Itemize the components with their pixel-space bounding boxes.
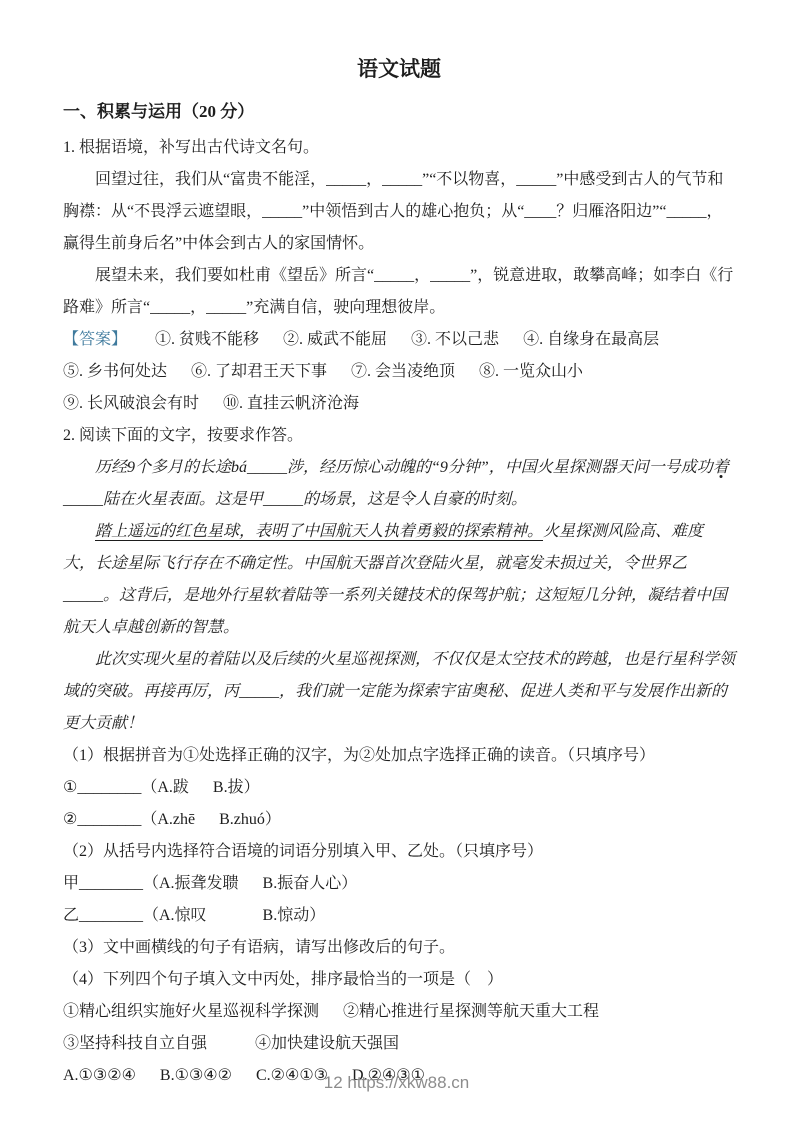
- q2-passage-paragraph-3: 此次实现火星的着陆以及后续的火星巡视探测，不仅仅是太空技术的跨越，也是行星科学领…: [63, 644, 735, 740]
- q2-sub1-blank-2: ②________（A.zhē B.zhuó）: [63, 804, 735, 836]
- q2-sub1-blank-1: ①________（A.跋 B.拔）: [63, 772, 735, 804]
- q2-sub2-blank-yi: 乙________（A.惊叹 B.惊动）: [63, 900, 735, 932]
- q2-sub3-stem: （3）文中画横线的句子有语病，请写出修改后的句子。: [63, 932, 735, 964]
- answer-item: ⑤. 乡书何处达: [63, 356, 167, 388]
- dotted-char: 着: [713, 459, 729, 476]
- answer-item: ⑧. 一览众山小: [479, 356, 583, 388]
- answer-item: ③. 不以己悲: [411, 324, 499, 356]
- q2-sub4-options-line-2: ③坚持科技自立自强 ④加快建设航天强国: [63, 1028, 735, 1060]
- answer-item: ⑦. 会当凌绝顶: [351, 356, 455, 388]
- q1-answer-block: 【答案】①. 贫贱不能移②. 威武不能屈③. 不以己悲④. 自缘身在最高层⑤. …: [63, 324, 735, 420]
- answer-item: ⑨. 长风破浪会有时: [63, 388, 199, 420]
- answer-item: ①. 贫贱不能移: [155, 324, 259, 356]
- underlined-sentence: 踏上遥远的红色星球，表明了中国航天人执着勇毅的探索精神。: [95, 523, 543, 540]
- q2-passage-paragraph-2: 踏上遥远的红色星球，表明了中国航天人执着勇毅的探索精神。火星探测风险高、难度大，…: [63, 516, 735, 644]
- q2-passage-paragraph-1: 历经9个多月的长途bá_____涉，经历惊心动魄的“9分钟”，中国火星探测器天问…: [63, 452, 735, 516]
- answer-item: ⑩. 直挂云帆济沧海: [223, 388, 359, 420]
- q2-sub1-stem: （1）根据拼音为①处选择正确的汉字，为②处加点字选择正确的读音。（只填序号）: [63, 740, 735, 772]
- q2-sub4-stem: （4）下列四个句子填入文中丙处，排序最恰当的一项是（ ）: [63, 964, 735, 996]
- q2-sub2-stem: （2）从括号内选择符合语境的词语分别填入甲、乙处。（只填序号）: [63, 836, 735, 868]
- q1-paragraph-2: 展望未来，我们要如杜甫《望岳》所言“_____，_____”，锐意进取，敢攀高峰…: [63, 260, 735, 324]
- page-title: 语文试题: [63, 54, 735, 84]
- answer-item: ②. 威武不能屈: [283, 324, 387, 356]
- answer-items: ①. 贫贱不能移②. 威武不能屈③. 不以己悲④. 自缘身在最高层⑤. 乡书何处…: [63, 331, 683, 412]
- q2-stem: 2. 阅读下面的文字，按要求作答。: [63, 420, 735, 452]
- exam-page: 语文试题 一、积累与运用（20 分） 1. 根据语境，补写出古代诗文名句。 回望…: [0, 0, 793, 1122]
- q2-sub2-blank-jia: 甲________（A.振聋发聩 B.振奋人心）: [63, 868, 735, 900]
- q1-paragraph-1: 回望过往，我们从“富贵不能淫，_____，_____”“不以物喜，_____”中…: [63, 164, 735, 260]
- section-heading: 一、积累与运用（20 分）: [63, 96, 735, 128]
- passage-text: _____陆在火星表面。这是甲_____的场景，这是令人自豪的时刻。: [63, 491, 527, 508]
- page-footer: 12 https://xkw88.cn: [0, 1072, 793, 1094]
- passage-text: 历经9个多月的长途bá_____涉，经历惊心动魄的“9分钟”，中国火星探测器天问…: [95, 459, 713, 476]
- answer-item: ⑥. 了却君王天下事: [191, 356, 327, 388]
- answer-item: ④. 自缘身在最高层: [523, 324, 659, 356]
- q1-stem: 1. 根据语境，补写出古代诗文名句。: [63, 132, 735, 164]
- q2-sub4-options-line-1: ①精心组织实施好火星巡视科学探测 ②精心推进行星探测等航天重大工程: [63, 996, 735, 1028]
- answer-label: 【答案】: [63, 331, 127, 348]
